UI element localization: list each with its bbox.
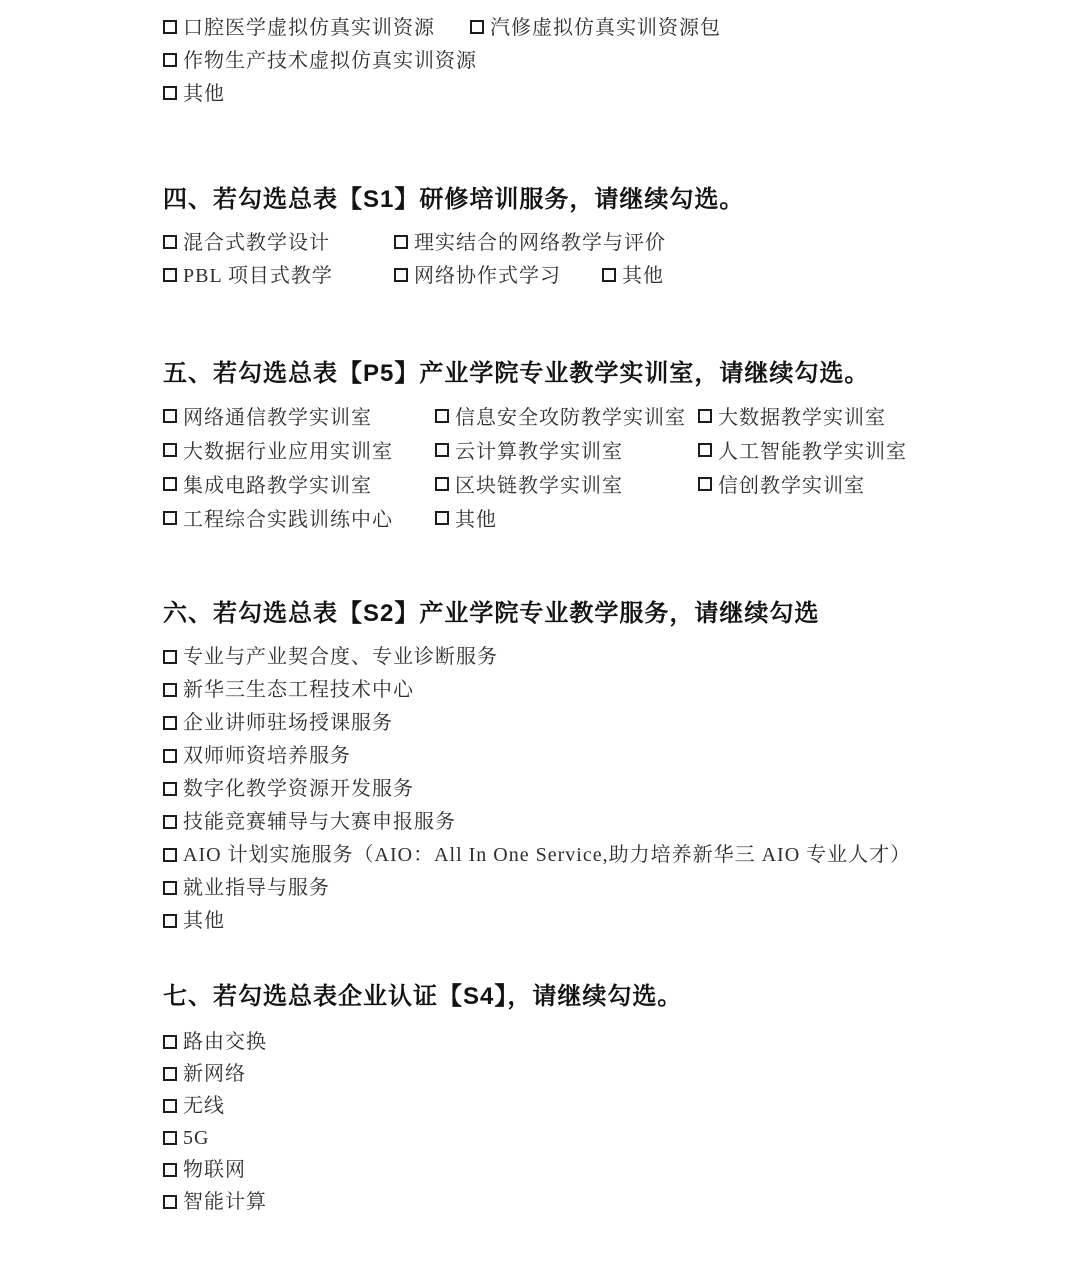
checkbox-label: AIO 计划实施服务（AIO：All In One Service,助力培养新华… — [183, 844, 911, 866]
checkbox-icon — [163, 86, 177, 100]
checkbox-label: 网络通信教学实训室 — [183, 401, 372, 435]
checkbox-option[interactable]: 作物生产技术虚拟仿真实训资源 — [163, 45, 477, 78]
option-row: 工程综合实践训练中心 其他 — [163, 503, 942, 537]
checkbox-option[interactable]: 信息安全攻防教学实训室 — [435, 401, 698, 435]
checkbox-icon — [163, 650, 177, 664]
section-7: 七、若勾选总表企业认证【S4】，请继续勾选。 路由交换 新网络 无线 5G 物联… — [163, 982, 942, 1218]
checkbox-icon — [163, 848, 177, 862]
checkbox-label: 其他 — [455, 503, 497, 537]
checkbox-option[interactable]: AIO 计划实施服务（AIO：All In One Service,助力培养新华… — [163, 839, 942, 872]
checkbox-option[interactable]: 汽修虚拟仿真实训资源包 — [470, 12, 721, 45]
section-6: 六、若勾选总表【S2】产业学院专业教学服务，请继续勾选 专业与产业契合度、专业诊… — [163, 599, 942, 938]
checkbox-option[interactable]: 技能竞赛辅导与大赛申报服务 — [163, 806, 942, 839]
checkbox-icon — [394, 235, 408, 249]
checkbox-option[interactable]: 其他 — [163, 78, 225, 111]
checkbox-icon — [435, 477, 449, 491]
checkbox-label: 云计算教学实训室 — [455, 435, 623, 469]
checkbox-icon — [163, 511, 177, 525]
checkbox-option[interactable]: 无线 — [163, 1090, 942, 1122]
checkbox-option[interactable]: 混合式教学设计 — [163, 227, 394, 260]
checkbox-icon — [163, 914, 177, 928]
checkbox-icon — [163, 1099, 177, 1113]
questionnaire-page: 口腔医学虚拟仿真实训资源 汽修虚拟仿真实训资源包 作物生产技术虚拟仿真实训资源 … — [0, 0, 1080, 1266]
checkbox-label: 其他 — [622, 260, 664, 293]
checkbox-option[interactable]: 其他 — [602, 260, 664, 293]
checkbox-label: 信创教学实训室 — [718, 469, 865, 503]
checkbox-label: 信息安全攻防教学实训室 — [455, 401, 686, 435]
option-row: 作物生产技术虚拟仿真实训资源 — [163, 45, 942, 78]
checkbox-option[interactable]: 云计算教学实训室 — [435, 435, 698, 469]
section-title: 六、若勾选总表【S2】产业学院专业教学服务，请继续勾选 — [163, 599, 942, 629]
checkbox-icon — [163, 1195, 177, 1209]
checkbox-label: 作物生产技术虚拟仿真实训资源 — [183, 45, 477, 78]
checkbox-icon — [163, 1067, 177, 1081]
checkbox-option[interactable]: 物联网 — [163, 1154, 942, 1186]
checkbox-label: 工程综合实践训练中心 — [183, 503, 393, 537]
section-title: 七、若勾选总表企业认证【S4】，请继续勾选。 — [163, 982, 942, 1012]
checkbox-label: 5G — [183, 1127, 209, 1149]
checkbox-icon — [163, 1035, 177, 1049]
checkbox-option[interactable]: 信创教学实训室 — [698, 469, 865, 503]
checkbox-option[interactable]: 人工智能教学实训室 — [698, 435, 907, 469]
checkbox-icon — [163, 683, 177, 697]
checkbox-option[interactable]: 口腔医学虚拟仿真实训资源 — [163, 12, 470, 45]
checkbox-label: 企业讲师驻场授课服务 — [183, 712, 393, 734]
checkbox-option[interactable]: 数字化教学资源开发服务 — [163, 773, 942, 806]
checkbox-label: 区块链教学实训室 — [455, 469, 623, 503]
checkbox-label: 物联网 — [183, 1159, 246, 1181]
checkbox-option[interactable]: 路由交换 — [163, 1026, 942, 1058]
checkbox-label: 人工智能教学实训室 — [718, 435, 907, 469]
checkbox-option[interactable]: 网络协作式学习 — [394, 260, 602, 293]
checkbox-option[interactable]: 集成电路教学实训室 — [163, 469, 435, 503]
checkbox-icon — [163, 53, 177, 67]
section-title: 四、若勾选总表【S1】研修培训服务，请继续勾选。 — [163, 185, 942, 215]
checkbox-label: 智能计算 — [183, 1191, 267, 1213]
checkbox-icon — [435, 409, 449, 423]
checkbox-icon — [163, 815, 177, 829]
checkbox-icon — [602, 268, 616, 282]
checkbox-label: 无线 — [183, 1095, 225, 1117]
section-4: 四、若勾选总表【S1】研修培训服务，请继续勾选。 混合式教学设计 理实结合的网络… — [163, 185, 942, 293]
option-row: 网络通信教学实训室 信息安全攻防教学实训室 大数据教学实训室 — [163, 401, 942, 435]
checkbox-option[interactable]: 就业指导与服务 — [163, 872, 942, 905]
checkbox-option[interactable]: 智能计算 — [163, 1186, 942, 1218]
intro-options: 口腔医学虚拟仿真实训资源 汽修虚拟仿真实训资源包 作物生产技术虚拟仿真实训资源 … — [163, 12, 942, 111]
checkbox-icon — [163, 881, 177, 895]
checkbox-option[interactable]: 专业与产业契合度、专业诊断服务 — [163, 641, 942, 674]
section-5: 五、若勾选总表【P5】产业学院专业教学实训室，请继续勾选。 网络通信教学实训室 … — [163, 359, 942, 537]
option-row: PBL 项目式教学 网络协作式学习 其他 — [163, 260, 942, 293]
checkbox-label: 网络协作式学习 — [414, 260, 561, 293]
checkbox-label: 数字化教学资源开发服务 — [183, 778, 414, 800]
option-row: 口腔医学虚拟仿真实训资源 汽修虚拟仿真实训资源包 — [163, 12, 942, 45]
checkbox-option[interactable]: 大数据教学实训室 — [698, 401, 886, 435]
checkbox-option[interactable]: 5G — [163, 1122, 942, 1154]
checkbox-label: 理实结合的网络教学与评价 — [414, 227, 666, 260]
checkbox-icon — [435, 511, 449, 525]
checkbox-option[interactable]: 区块链教学实训室 — [435, 469, 698, 503]
checkbox-icon — [698, 477, 712, 491]
checkbox-option[interactable]: 新网络 — [163, 1058, 942, 1090]
checkbox-label: 大数据行业应用实训室 — [183, 435, 393, 469]
checkbox-option[interactable]: 大数据行业应用实训室 — [163, 435, 435, 469]
checkbox-label: PBL 项目式教学 — [183, 260, 333, 293]
checkbox-icon — [163, 235, 177, 249]
checkbox-label: 双师师资培养服务 — [183, 745, 351, 767]
checkbox-icon — [163, 782, 177, 796]
checkbox-icon — [163, 1131, 177, 1145]
checkbox-option[interactable]: 工程综合实践训练中心 — [163, 503, 435, 537]
option-row: 大数据行业应用实训室 云计算教学实训室 人工智能教学实训室 — [163, 435, 942, 469]
checkbox-icon — [698, 409, 712, 423]
option-row: 其他 — [163, 78, 942, 111]
checkbox-icon — [163, 443, 177, 457]
checkbox-icon — [394, 268, 408, 282]
checkbox-icon — [163, 749, 177, 763]
option-row: 混合式教学设计 理实结合的网络教学与评价 — [163, 227, 942, 260]
checkbox-icon — [470, 20, 484, 34]
checkbox-icon — [435, 443, 449, 457]
checkbox-label: 集成电路教学实训室 — [183, 469, 372, 503]
checkbox-label: 技能竞赛辅导与大赛申报服务 — [183, 811, 456, 833]
checkbox-label: 大数据教学实训室 — [718, 401, 886, 435]
checkbox-option[interactable]: 理实结合的网络教学与评价 — [394, 227, 602, 260]
checkbox-icon — [163, 20, 177, 34]
checkbox-icon — [698, 443, 712, 457]
checkbox-label: 就业指导与服务 — [183, 877, 330, 899]
checkbox-icon — [163, 409, 177, 423]
checkbox-icon — [163, 716, 177, 730]
checkbox-option[interactable]: 其他 — [435, 503, 698, 537]
checkbox-label: 其他 — [183, 910, 225, 932]
checkbox-label: 其他 — [183, 78, 225, 111]
checkbox-label: 口腔医学虚拟仿真实训资源 — [183, 12, 435, 45]
checkbox-option[interactable]: PBL 项目式教学 — [163, 260, 394, 293]
checkbox-label: 新华三生态工程技术中心 — [183, 679, 414, 701]
checkbox-icon — [163, 477, 177, 491]
checkbox-label: 新网络 — [183, 1063, 246, 1085]
checkbox-option[interactable]: 企业讲师驻场授课服务 — [163, 707, 942, 740]
checkbox-label: 混合式教学设计 — [183, 227, 330, 260]
checkbox-option[interactable]: 其他 — [163, 905, 942, 938]
checkbox-label: 专业与产业契合度、专业诊断服务 — [183, 646, 498, 668]
checkbox-option[interactable]: 新华三生态工程技术中心 — [163, 674, 942, 707]
section-title: 五、若勾选总表【P5】产业学院专业教学实训室，请继续勾选。 — [163, 359, 942, 389]
option-row: 集成电路教学实训室 区块链教学实训室 信创教学实训室 — [163, 469, 942, 503]
checkbox-icon — [163, 1163, 177, 1177]
checkbox-option[interactable]: 双师师资培养服务 — [163, 740, 942, 773]
checkbox-label: 汽修虚拟仿真实训资源包 — [490, 12, 721, 45]
checkbox-label: 路由交换 — [183, 1031, 267, 1053]
checkbox-option[interactable]: 网络通信教学实训室 — [163, 401, 435, 435]
checkbox-icon — [163, 268, 177, 282]
